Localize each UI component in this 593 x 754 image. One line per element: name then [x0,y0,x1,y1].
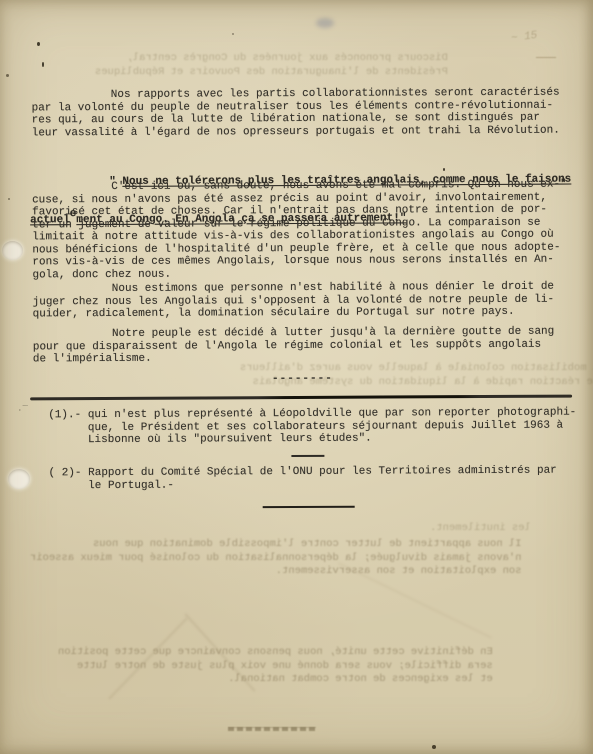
end-rule [263,506,355,508]
paragraph-cest-ici: C'est ici où, sans doute, nous avons été… [32,179,567,282]
paragraph-nous-estimons: Nous estimons que personne n'est habilit… [33,281,555,321]
section-separator-dashes: -------- [272,373,333,386]
punch-hole-bottom [8,469,30,489]
paper-speck [6,74,9,77]
ink-smudge [316,18,334,28]
pen-tick-marks: ·¯ [17,405,28,415]
pencil-underline [536,57,556,58]
scanned-document-page: Discours prononcés aux journées du Congr… [0,0,593,754]
punch-hole-top [2,241,23,260]
paragraph-collaborationnistes: Nos rapports avec les partis collaborati… [31,87,559,140]
paper-speck [8,198,10,200]
footnote-divider-rule [30,395,572,401]
footnote-1: (1).- qui n'est plus représenté à Léopol… [48,407,576,447]
footnote-2: ( 2)- Rapport du Comité Spécial de l'ONU… [48,465,556,493]
typed-text-layer: Nos rapports avec les partis collaborati… [0,0,593,754]
paper-speck [42,62,44,67]
short-rule [291,455,324,457]
paper-speck [37,42,40,46]
paper-speck [232,33,234,35]
paper-speck [443,168,445,171]
paragraph-notre-peuple: Notre peuple est décidé à lutter jusqu'à… [33,326,555,366]
paper-speck [432,745,436,749]
